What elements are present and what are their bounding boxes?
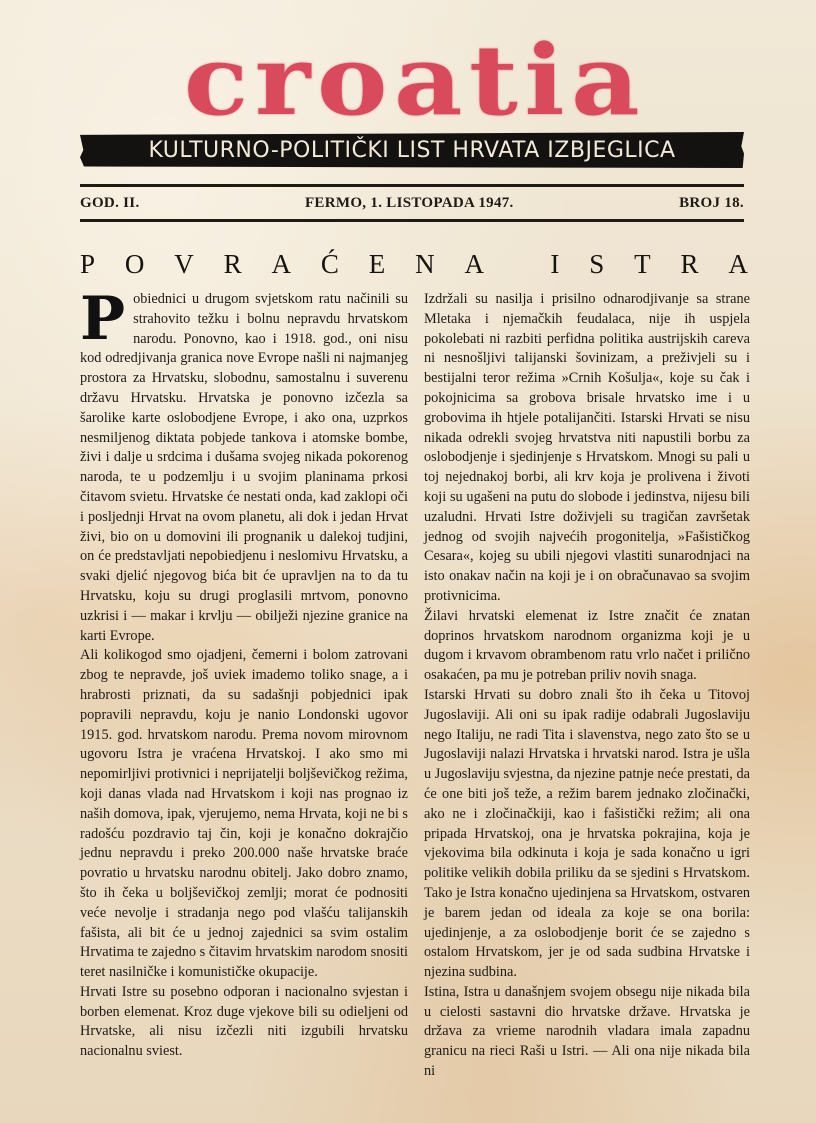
headline-letter: A	[464, 248, 484, 280]
article-paragraph: Izdržali su nasilja i prisilno odnarodji…	[424, 290, 750, 607]
article-column-right: Izdržali su nasilja i prisilno odnarodji…	[424, 290, 750, 1082]
headline-letter: R	[224, 248, 242, 280]
headline-letter: A	[271, 248, 291, 280]
headline-spacer	[514, 248, 521, 280]
article-paragraph: Ali kolikogod smo ojadjeni, čemerni i bo…	[80, 646, 408, 983]
issue-info-bar: GOD. II. FERMO, 1. LISTOPADA 1947. BROJ …	[80, 192, 744, 214]
article-paragraph: Hrvati Istre su posebno odporan i nacion…	[80, 983, 408, 1062]
headline-letter: V	[174, 248, 194, 280]
headline-letter: N	[415, 248, 435, 280]
article-paragraph: obiednici u drugom svjetskom ratu načini…	[80, 290, 408, 646]
headline-letter: S	[589, 248, 604, 280]
headline-letter: I	[550, 248, 559, 280]
drop-cap: P	[80, 294, 125, 344]
masthead-subtitle: KULTURNO-POLITIČKI LIST HRVATA IZBJEGLIC…	[148, 138, 675, 163]
headline-letter: E	[369, 248, 386, 280]
masthead-subtitle-band: KULTURNO-POLITIČKI LIST HRVATA IZBJEGLIC…	[80, 132, 744, 168]
headline-letter: P	[80, 248, 95, 280]
headline-letter: O	[125, 248, 145, 280]
headline-letter: R	[681, 248, 699, 280]
issue-place-date: FERMO, 1. LISTOPADA 1947.	[305, 195, 514, 212]
article-paragraph: Žilavi hrvatski elemenat iz Istre značit…	[424, 607, 750, 686]
article-headline: P O V R A Ć E N A I S T R A	[80, 248, 748, 280]
headline-letter: Ć	[321, 248, 339, 280]
article-column-left: P obiednici u drugom svjetskom ratu nači…	[80, 290, 408, 1062]
headline-letter: A	[728, 248, 748, 280]
article-paragraph: Istina, Istra u današnjem svojem obsegu …	[424, 983, 750, 1082]
issue-number: BROJ 18.	[679, 195, 744, 212]
top-divider-rule	[80, 184, 744, 187]
issue-year: GOD. II.	[80, 195, 140, 212]
headline-letter: T	[634, 248, 651, 280]
bottom-divider-rule	[80, 219, 744, 222]
article-paragraph: Istarski Hrvati su dobro znali što ih če…	[424, 686, 750, 983]
masthead-title: Croatia	[124, 36, 707, 126]
